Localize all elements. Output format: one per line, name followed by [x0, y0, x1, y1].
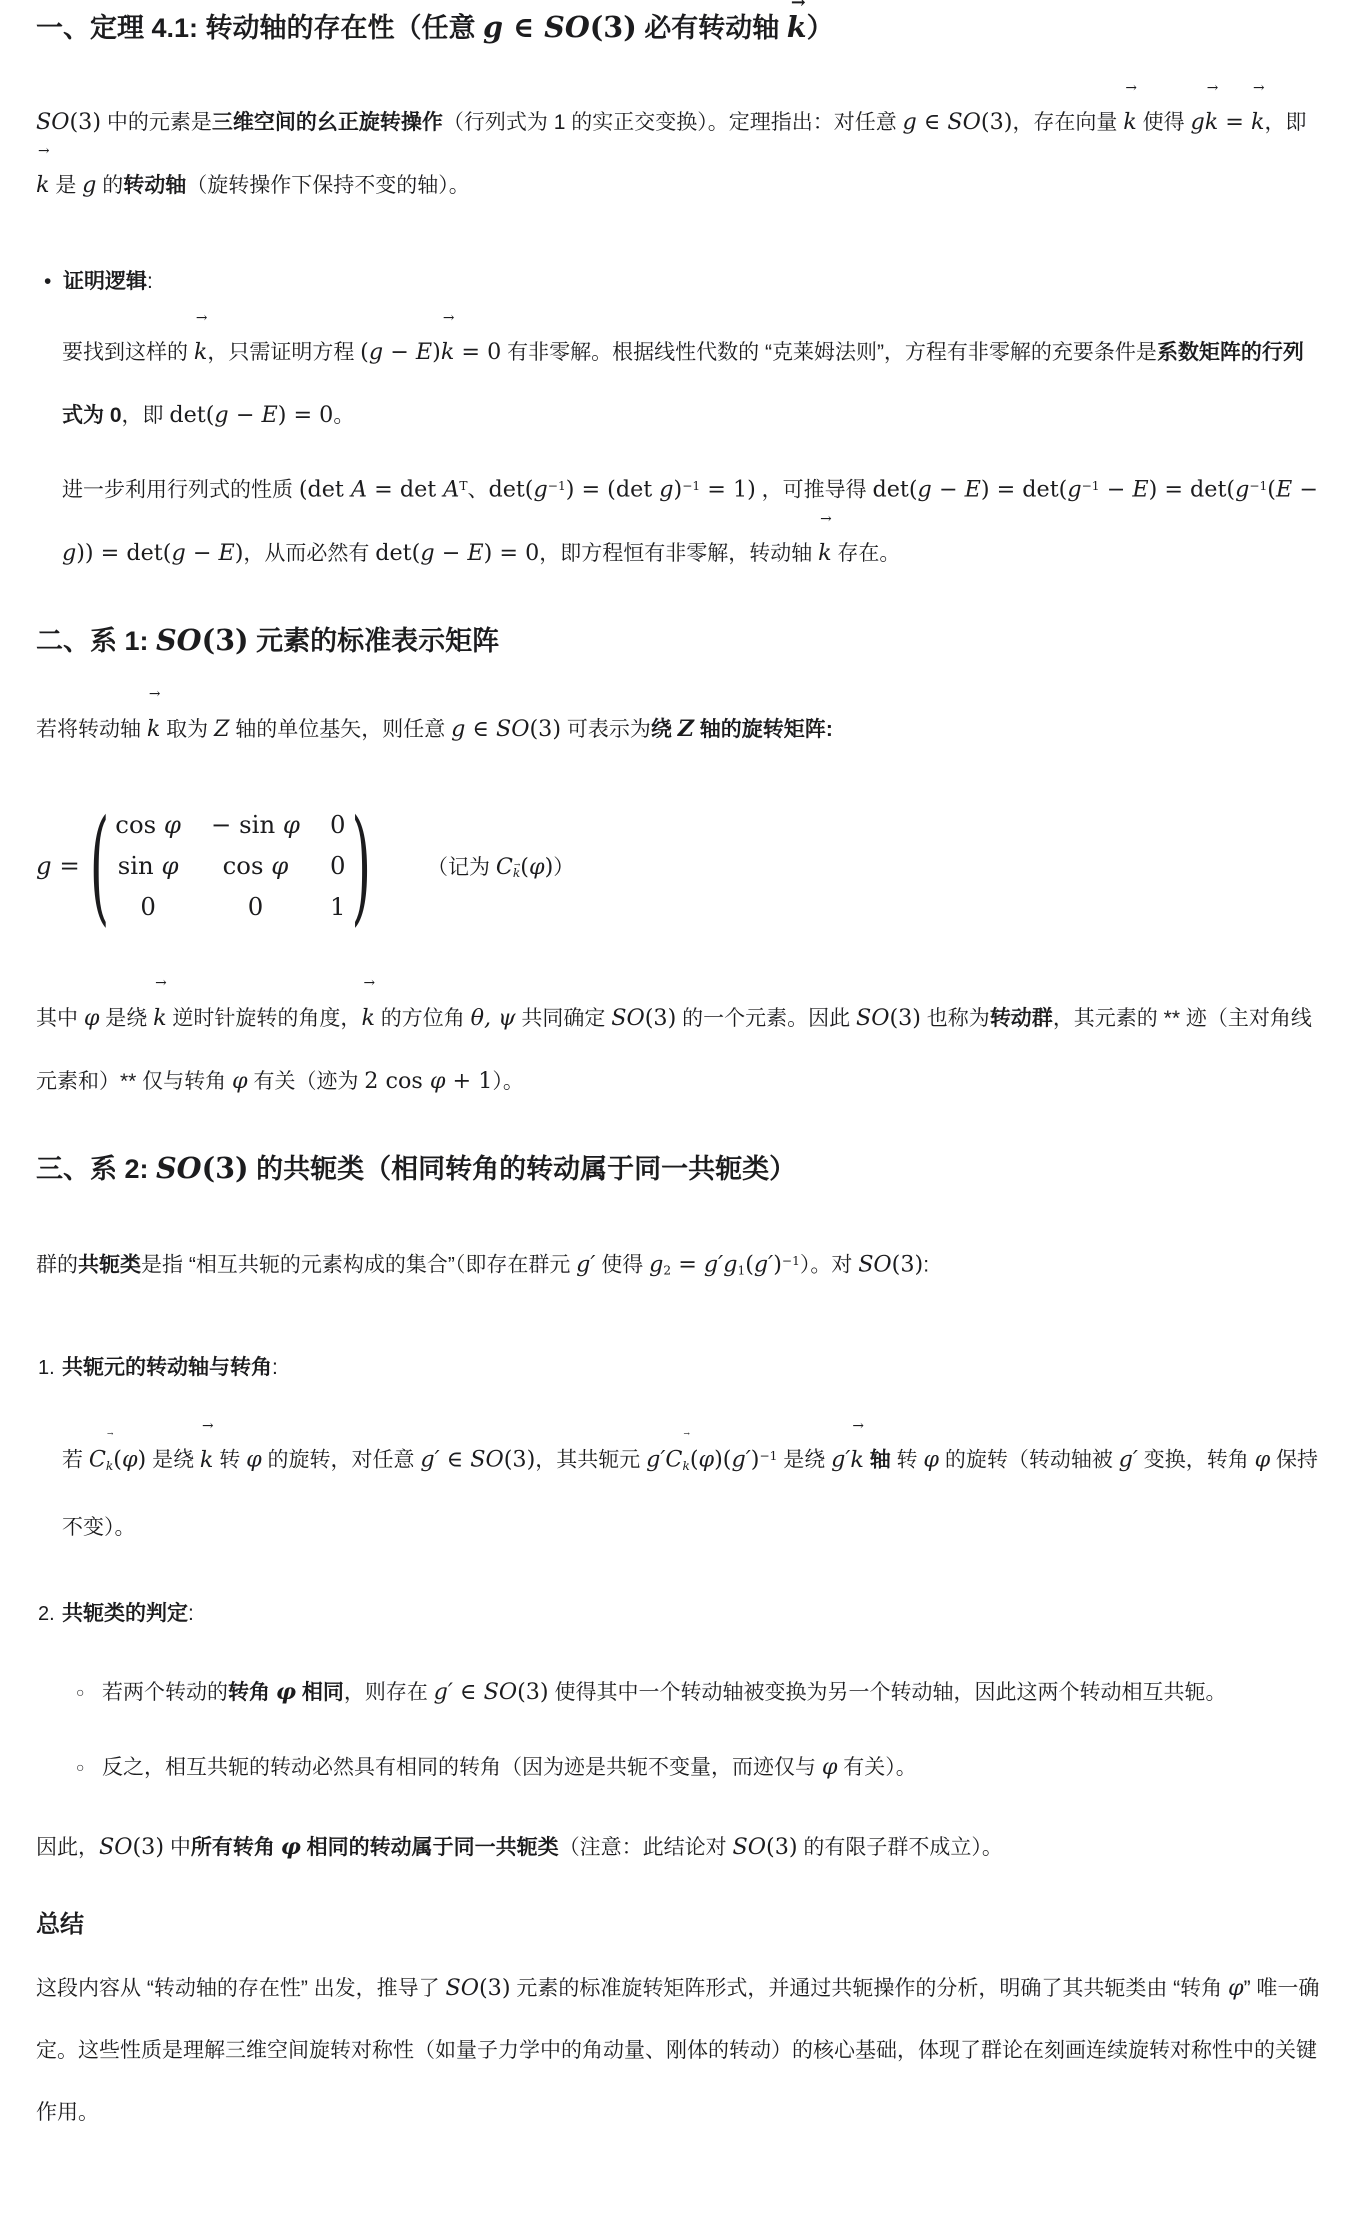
- text-run: 是绕: [146, 1449, 200, 1472]
- text-run: k: [36, 154, 49, 216]
- text-run: =: [671, 1251, 704, 1277]
- text-run: g′: [754, 1251, 773, 1277]
- matrix-cell: 0: [330, 851, 346, 880]
- text-run: 是绕: [99, 1007, 153, 1030]
- text-run: 有非零解。根据线性代数的 “克莱姆法则”，方程有非零解的充要条件是: [501, 341, 1157, 364]
- text-run: (3): [132, 1834, 164, 1860]
- text-run: 三维空间的幺正旋转操作: [212, 111, 443, 134]
- proof-step-2: 进一步利用行列式的性质 (det A = det AT、det(g−1) = (…: [62, 455, 1320, 585]
- text-run: :: [272, 1356, 278, 1379]
- text-run: SO: [856, 1005, 889, 1031]
- text-run: SO: [733, 1834, 766, 1860]
- text-run: g: [1235, 477, 1249, 503]
- text-run: g′: [731, 1447, 750, 1473]
- text-run: −1: [1082, 479, 1100, 493]
- text-run: k: [513, 866, 520, 880]
- text-run: φ: [271, 851, 288, 880]
- text-run: 转动轴: [123, 174, 186, 197]
- text-run: A: [443, 477, 459, 503]
- text-run: −1: [1249, 479, 1267, 493]
- text-run: g: [369, 339, 383, 365]
- text-run: (: [690, 1447, 699, 1473]
- text-run: φ: [283, 810, 300, 839]
- text-run: :: [147, 270, 153, 293]
- text-run: k: [1251, 91, 1264, 153]
- text-run: 有关（迹为: [248, 1070, 365, 1093]
- text-run: (: [745, 1251, 754, 1277]
- text-run: ，即方程恒有非零解，转动轴: [539, 542, 818, 565]
- text-run: φ: [923, 1447, 939, 1473]
- text-run: g: [1067, 477, 1081, 503]
- corollary1-paragraph: 若将转动轴 k 取为 Z 轴的单位基矢，则任意 g ∈ SO(3) 可表示为绕 …: [36, 698, 1320, 761]
- text-run: k: [147, 698, 160, 760]
- text-run: k: [441, 321, 454, 383]
- text-run: SO: [484, 1679, 517, 1705]
- list-item-text: 证明逻辑:: [63, 251, 1320, 313]
- text-run: E: [1132, 477, 1148, 503]
- matrix-cell: 0: [140, 892, 156, 921]
- text-run: (3): [504, 1447, 536, 1473]
- conjugate-item-1: 1.共轭元的转动轴与转角:: [38, 1337, 1320, 1399]
- text-run: 元素的标准表示矩阵: [249, 626, 500, 656]
- text-run: 也称为: [921, 1007, 990, 1030]
- text-run: (: [360, 339, 369, 365]
- text-run: g: [420, 540, 434, 566]
- text-run: 存在。: [832, 542, 901, 565]
- text-run: 有关）。: [837, 1756, 916, 1779]
- matrix-cell: sin φ: [118, 851, 179, 880]
- list-item-text: 共轭元的转动轴与转角:: [62, 1337, 1320, 1399]
- text-run: 若两个转动的: [102, 1681, 228, 1704]
- list-marker: ○: [76, 1736, 102, 1799]
- text-run: g: [659, 477, 673, 503]
- text-run: SO: [496, 716, 529, 742]
- conjugacy-rule-a: ○若两个转动的转角 φ 相同，则存在 g′ ∈ SO(3) 使得其中一个转动轴被…: [76, 1661, 1320, 1724]
- text-run: 若: [62, 1449, 89, 1472]
- text-run: φ: [84, 1005, 100, 1031]
- text-run: −: [435, 540, 468, 566]
- text-run: 总结: [36, 1911, 84, 1938]
- text-run: k: [787, 6, 807, 49]
- text-run: 共同确定: [516, 1007, 612, 1030]
- list-marker: •: [44, 251, 63, 313]
- text-run: 0: [248, 892, 264, 921]
- text-run: 因此，: [36, 1836, 99, 1859]
- text-run: (det: [299, 477, 351, 503]
- text-run: φ: [281, 1834, 301, 1860]
- conjugacy-paragraph: 群的共轭类是指 “相互共轭的元素构成的集合”（即存在群元 g′ 使得 g2 = …: [36, 1230, 1320, 1302]
- text-run: φ: [699, 1447, 715, 1473]
- trace-paragraph: 其中 φ 是绕 k 逆时针旋转的角度，k 的方位角 θ, ψ 共同确定 SO(3…: [36, 987, 1320, 1113]
- text-run: SO: [858, 1251, 891, 1277]
- matrix-cell: cos φ: [223, 851, 289, 880]
- text-run: 转: [213, 1449, 246, 1472]
- text-run: 绕: [651, 718, 678, 741]
- text-run: g′: [704, 1251, 723, 1277]
- text-run: ) = 0: [278, 402, 334, 428]
- text-run: det(: [488, 477, 533, 503]
- text-run: g: [82, 172, 96, 198]
- text-run: 的方位角: [375, 1007, 471, 1030]
- text-run: g: [1190, 109, 1204, 135]
- text-run: ∈: [503, 10, 544, 44]
- text-run: 的一个元素。因此: [676, 1007, 856, 1030]
- text-run: (3): [766, 1834, 798, 1860]
- text-run: ）。: [492, 1070, 524, 1093]
- text-run: C: [665, 1447, 682, 1473]
- list-item-text: 反之，相互共轭的转动必然具有相同的转角（因为迹是共轭不变量，而迹仅与 φ 有关）…: [102, 1736, 1320, 1799]
- matrix-equation: g = (cos φ− sin φ0sin φcos φ0001)（记为 Ck(…: [36, 791, 1320, 941]
- text-run: (3): [530, 716, 562, 742]
- text-run: g: [903, 109, 917, 135]
- text-run: 证明逻辑: [63, 270, 147, 293]
- text-run: φ: [232, 1068, 248, 1094]
- text-run: 取为: [160, 718, 214, 741]
- text-run: 若将转动轴: [36, 718, 147, 741]
- text-run: ): [432, 339, 441, 365]
- text-run: k: [200, 1429, 213, 1491]
- list-marker: 1.: [38, 1337, 62, 1399]
- matrix-right-paren: ): [352, 803, 372, 928]
- text-run: φ: [1255, 1447, 1271, 1473]
- text-run: −1: [782, 1254, 800, 1268]
- text-run: 其中: [36, 1007, 84, 1030]
- text-run: （旋转操作下保持不变的轴）。: [186, 174, 470, 197]
- text-run: φ: [246, 1447, 262, 1473]
- text-run: 是: [49, 174, 82, 197]
- text-run: φ: [161, 851, 178, 880]
- text-run: −: [383, 339, 416, 365]
- text-run: (3): [69, 109, 101, 135]
- text-run: 元素的标准旋转矩阵形式，并通过共轭操作的分析，明确了其共轭类由 “转角: [511, 1977, 1229, 2000]
- summary-paragraph: 这段内容从 “转动轴的存在性” 出发，推导了 SO(3) 元素的标准旋转矩阵形式…: [36, 1957, 1320, 2144]
- text-run: 所有转角: [191, 1836, 281, 1859]
- text-run: −: [229, 402, 262, 428]
- text-run: 轴: [870, 1449, 891, 1472]
- text-run: ，则存在: [344, 1681, 434, 1704]
- text-run: 的旋转，对任意: [262, 1449, 421, 1472]
- text-run: 2: [663, 1263, 671, 1277]
- text-run: (: [1267, 477, 1276, 503]
- conjugacy-rule-b: ○反之，相互共轭的转动必然具有相同的转角（因为迹是共轭不变量，而迹仅与 φ 有关…: [76, 1736, 1320, 1799]
- text-run: ): [138, 1447, 147, 1473]
- text-run: g: [918, 477, 932, 503]
- text-run: 共轭类: [78, 1253, 141, 1276]
- text-run: k: [361, 987, 374, 1049]
- text-run: 中: [164, 1836, 191, 1859]
- text-run: 变换，转角: [1138, 1449, 1255, 1472]
- text-run: k: [850, 1429, 863, 1491]
- text-run: Z: [214, 716, 229, 742]
- text-run: 1: [330, 892, 346, 921]
- text-run: + 1: [445, 1068, 492, 1094]
- text-run: k: [1205, 91, 1218, 153]
- text-run: 2 cos: [364, 1068, 430, 1094]
- text-run: φ: [822, 1754, 838, 1780]
- text-run: g: [723, 1251, 737, 1277]
- text-run: E: [261, 402, 277, 428]
- list-item-text: 共轭类的判定:: [62, 1583, 1320, 1645]
- list-marker: ○: [76, 1661, 102, 1724]
- text-run: −: [1100, 477, 1133, 503]
- text-run: ，其共轭元: [535, 1449, 646, 1472]
- text-run: g: [649, 1251, 663, 1277]
- text-run: ，即: [122, 404, 170, 427]
- text-run: φ: [1228, 1975, 1244, 2001]
- text-run: φ: [122, 1447, 138, 1473]
- text-run: SO: [156, 1151, 202, 1185]
- text-run: g: [451, 716, 465, 742]
- text-run: k: [818, 522, 831, 584]
- text-run: 中的元素是: [101, 111, 212, 134]
- text-run: 轴的单位基矢，则任意: [229, 718, 451, 741]
- text-run: 转动轴的存在性（任意: [206, 13, 484, 43]
- text-run: ）: [807, 13, 834, 43]
- proof-logic-item: •证明逻辑:: [44, 251, 1320, 313]
- text-run: ) = det(: [981, 477, 1068, 503]
- text-run: k: [1123, 91, 1136, 153]
- text-run: (3): [981, 109, 1013, 135]
- text-run: (3): [590, 10, 637, 44]
- text-run: SO: [446, 1975, 479, 2001]
- text-run: SO: [947, 109, 980, 135]
- text-run: ) = det(: [1149, 477, 1236, 503]
- text-run: 、: [467, 479, 488, 502]
- text-run: = det: [367, 477, 443, 503]
- text-run: ): [674, 477, 683, 503]
- text-run: (3): [645, 1005, 677, 1031]
- text-run: g: [214, 402, 228, 428]
- text-run: g′: [420, 1447, 439, 1473]
- text-run: k: [153, 987, 166, 1049]
- text-run: 0: [330, 810, 346, 839]
- text-run: cos: [223, 851, 272, 880]
- matrix-cell: − sin φ: [211, 810, 300, 839]
- heading-section-3: 三、系 2: SO(3) 的共轭类（相同转角的转动属于同一共轭类）: [36, 1147, 1320, 1190]
- text-run: SO: [544, 10, 590, 44]
- text-run: φ: [276, 1679, 296, 1705]
- text-run: SO: [156, 623, 202, 657]
- text-run: C: [89, 1447, 106, 1473]
- text-run: ) = (det: [566, 477, 660, 503]
- text-run: 使得: [1137, 111, 1191, 134]
- text-run: 。: [333, 404, 354, 427]
- text-run: 的共轭类（相同转角的转动属于同一共轭类）: [249, 1154, 797, 1184]
- list-item-text: 若两个转动的转角 φ 相同，则存在 g′ ∈ SO(3) 使得其中一个转动轴被变…: [102, 1661, 1320, 1724]
- text-run: ) = 0: [484, 540, 540, 566]
- conclusion-paragraph: 因此，SO(3) 中所有转角 φ 相同的转动属于同一共轭类（注意：此结论对 SO…: [36, 1816, 1320, 1879]
- text-run: −: [186, 540, 219, 566]
- text-run: E: [218, 540, 234, 566]
- text-run: 群的: [36, 1253, 78, 1276]
- matrix-cell: 1: [330, 892, 346, 921]
- text-run: 的: [96, 174, 123, 197]
- text-run: = 1): [700, 477, 756, 503]
- text-run: ∈: [917, 109, 948, 135]
- text-run: 必有转动轴: [637, 13, 787, 43]
- text-run: cos: [115, 810, 164, 839]
- text-run: g: [534, 477, 548, 503]
- text-run: g′: [831, 1447, 850, 1473]
- text-run: g′: [576, 1251, 595, 1277]
- text-run: ）: [553, 856, 574, 879]
- text-run: ，从而必然有: [243, 542, 375, 565]
- text-run: SO: [99, 1834, 132, 1860]
- text-run: 共轭元的转动轴与转角: [62, 1356, 272, 1379]
- conjugate-axis-paragraph: 若 Ck(φ) 是绕 k 转 φ 的旋转，对任意 g′ ∈ SO(3)，其共轭元…: [62, 1425, 1320, 1559]
- text-run: 转: [891, 1449, 924, 1472]
- text-run: 的旋转（转动轴被: [939, 1449, 1119, 1472]
- text-run: ): [773, 1251, 782, 1277]
- text-run: (3): [479, 1975, 511, 2001]
- matrix-entries: cos φ− sin φ0sin φcos φ0001: [115, 810, 345, 921]
- text-run: (3): [517, 1679, 549, 1705]
- text-run: ∈: [440, 1447, 471, 1473]
- text-run: E: [965, 477, 981, 503]
- text-run: 二、系 1:: [36, 626, 156, 656]
- text-run: det(: [169, 402, 214, 428]
- text-run: φ: [164, 810, 181, 839]
- text-run: SO: [611, 1005, 644, 1031]
- text-run: A: [351, 477, 367, 503]
- text-run: g: [36, 851, 52, 880]
- text-run: 共轭类的判定: [62, 1602, 188, 1625]
- text-run: 是绕: [777, 1449, 831, 1472]
- text-run: （记为: [427, 856, 496, 879]
- text-run: 0: [330, 851, 346, 880]
- text-run: 逆时针旋转的角度，: [167, 1007, 362, 1030]
- matrix-cell: 0: [248, 892, 264, 921]
- text-run: 一、定理 4.1:: [36, 13, 206, 43]
- text-run: 三、系 2:: [36, 1154, 156, 1184]
- matrix-cell: 0: [330, 810, 346, 839]
- text-run: −1: [759, 1449, 777, 1463]
- text-run: =: [1218, 109, 1251, 135]
- text-run: :: [826, 718, 833, 741]
- text-run: det(: [375, 540, 420, 566]
- text-run: g: [62, 540, 76, 566]
- matrix-left-paren: (: [90, 803, 110, 928]
- text-run: ）。对: [800, 1253, 858, 1276]
- text-run: (: [113, 1447, 122, 1473]
- text-run: φ: [430, 1068, 446, 1094]
- text-run: −1: [682, 479, 700, 493]
- text-run: 相同: [296, 1681, 344, 1704]
- text-run: −1: [548, 479, 566, 493]
- text-run: 的有限子群不成立）。: [798, 1836, 1003, 1859]
- text-run: 使得: [595, 1253, 649, 1276]
- text-run: )(: [714, 1447, 731, 1473]
- text-run: 轴的旋转矩阵: [694, 718, 826, 741]
- text-run: E: [416, 339, 432, 365]
- text-run: ，可推导得: [756, 479, 873, 502]
- text-run: k: [194, 321, 207, 383]
- text-run: 这段内容从 “转动轴的存在性” 出发，推导了: [36, 1977, 446, 2000]
- text-run: (: [520, 854, 529, 880]
- matrix-lhs: g =: [36, 851, 80, 880]
- text-run: ∈: [453, 1679, 484, 1705]
- text-run: (3): [202, 623, 249, 657]
- text-run: 是指 “相互共轭的元素构成的集合”（即存在群元: [141, 1253, 576, 1276]
- proof-step-1: 要找到这样的 k，只需证明方程 (g − E)k = 0 有非零解。根据线性代数…: [62, 321, 1320, 447]
- text-run: (3): [892, 1251, 924, 1277]
- text-run: C: [496, 854, 513, 880]
- text-run: g′: [646, 1447, 665, 1473]
- heading-section-1: 一、定理 4.1: 转动轴的存在性（任意 g ∈ SO(3) 必有转动轴 k）: [36, 6, 1320, 49]
- text-run: 使得其中一个转动轴被变换为另一个转动轴，因此这两个转动相互共轭。: [549, 1681, 1227, 1704]
- text-run: g′: [434, 1679, 453, 1705]
- intro-paragraph: SO(3) 中的元素是三维空间的幺正旋转操作（行列式为 1 的实正交变换）。定理…: [36, 91, 1320, 217]
- text-run: Z: [678, 716, 694, 742]
- text-run: ，存在向量: [1012, 111, 1123, 134]
- text-run: ，即: [1264, 111, 1306, 134]
- text-run: E: [1276, 477, 1292, 503]
- heading-section-2: 二、系 1: SO(3) 元素的标准表示矩阵: [36, 619, 1320, 662]
- text-run: −: [932, 477, 965, 503]
- text-run: (3): [889, 1005, 921, 1031]
- text-run: 转动群: [990, 1007, 1053, 1030]
- text-run: 可表示为: [561, 718, 651, 741]
- text-run: 0: [140, 892, 156, 921]
- text-run: k: [106, 1435, 113, 1497]
- text-run: （行列式为 1 的实正交变换）。定理指出：对任意: [443, 111, 903, 134]
- list-marker: 2.: [38, 1583, 62, 1645]
- text-run: det(: [872, 477, 917, 503]
- text-run: 相同的转动属于同一共轭类: [301, 1836, 559, 1859]
- text-run: θ, ψ: [471, 1005, 516, 1031]
- text-run: 反之，相互共轭的转动必然具有相同的转角（因为迹是共轭不变量，而迹仅与: [102, 1756, 822, 1779]
- heading-summary: 总结: [36, 1907, 1320, 1943]
- text-run: (3): [202, 1151, 249, 1185]
- text-run: g: [483, 10, 503, 44]
- text-run: g′: [1119, 1447, 1138, 1473]
- text-run: )) = det(: [76, 540, 171, 566]
- text-run: =: [52, 851, 80, 880]
- matrix-note: （记为 Ck(φ)）: [427, 851, 574, 881]
- text-run: SO: [36, 109, 69, 135]
- text-run: g: [171, 540, 185, 566]
- text-run: 要找到这样的: [62, 341, 194, 364]
- text-run: sin: [118, 851, 162, 880]
- text-run: :: [188, 1602, 194, 1625]
- conjugate-item-2: 2.共轭类的判定:: [38, 1583, 1320, 1645]
- text-run: −: [1292, 477, 1318, 503]
- text-run: :: [923, 1253, 929, 1276]
- text-run: = 0: [454, 339, 501, 365]
- text-run: − sin: [211, 810, 283, 839]
- matrix-cell: cos φ: [115, 810, 181, 839]
- document: 一、定理 4.1: 转动轴的存在性（任意 g ∈ SO(3) 必有转动轴 k）S…: [0, 0, 1356, 2156]
- text-run: ∈: [465, 716, 496, 742]
- text-run: （注意：此结论对: [559, 1836, 733, 1859]
- text-run: 转角: [228, 1681, 276, 1704]
- text-run: k: [682, 1435, 689, 1497]
- text-run: ，只需证明方程: [207, 341, 360, 364]
- text-run: φ: [529, 854, 545, 880]
- text-run: SO: [470, 1447, 503, 1473]
- text-run: 进一步利用行列式的性质: [62, 479, 299, 502]
- text-run: ): [545, 854, 554, 880]
- text-run: E: [467, 540, 483, 566]
